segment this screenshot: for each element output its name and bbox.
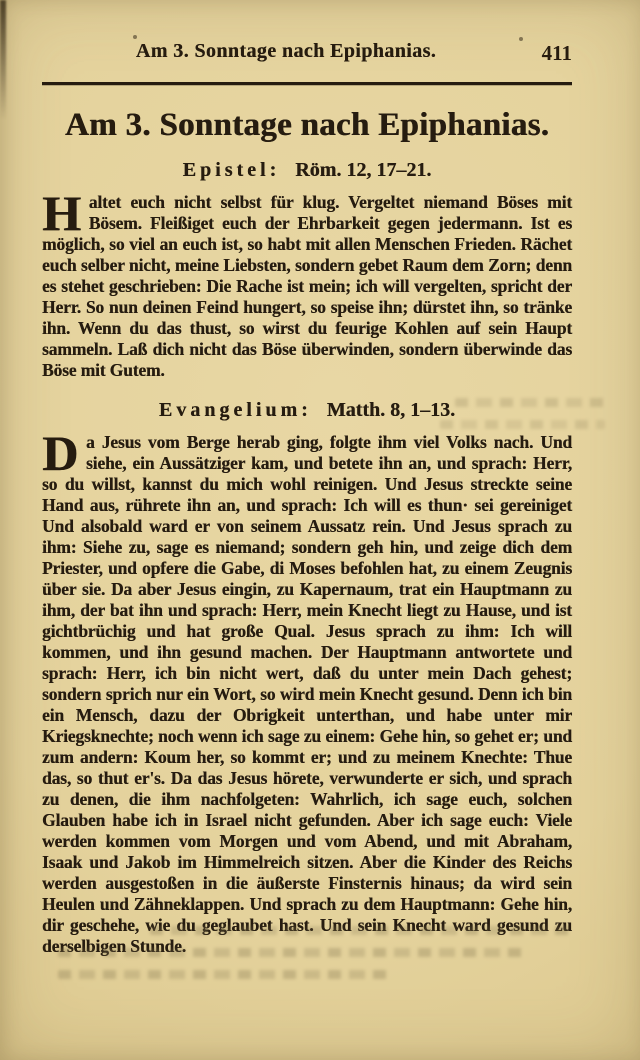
page-title: Am 3. Sonntage nach Epiphanias. [42,107,572,144]
gospel-text: D a Jesus vom Berge herab ging, folgte i… [42,432,572,957]
ink-speck [133,35,137,39]
book-page: Am 3. Sonntage nach Epiphanias. 411 Am 3… [0,0,640,1060]
running-header: Am 3. Sonntage nach Epiphanias. 411 [42,40,572,66]
gospel-body: a Jesus vom Berge herab ging, folgte ihm… [42,432,572,956]
epistle-body: altet euch nicht selbst für klug. Vergel… [42,192,572,380]
epistle-text: H altet euch nicht selbst für klug. Verg… [42,192,572,381]
epistle-heading-reference: Röm. 12, 17–21. [295,159,431,181]
epistle-heading-label: Epistel: [183,159,281,181]
gospel-heading-label: Evangelium: [159,399,312,421]
bleedthrough-ghost-text [58,948,528,957]
page-number: 411 [542,41,572,66]
bleedthrough-ghost-text [440,420,605,429]
bleedthrough-ghost-text [455,398,605,407]
gospel-heading-reference: Matth. 8, 1–13. [327,399,455,421]
epistle-dropcap: H [42,193,81,233]
bleedthrough-ghost-text [150,926,570,935]
header-rule [42,82,572,85]
running-header-title: Am 3. Sonntage nach Epiphanias. [42,40,530,63]
epistle-heading: Epistel: Röm. 12, 17–21. [42,159,572,182]
bleedthrough-ghost-text [58,970,388,979]
page-content: Am 3. Sonntage nach Epiphanias. Epistel:… [42,107,572,957]
scan-edge-shadow [0,0,6,120]
gospel-dropcap: D [42,433,78,473]
